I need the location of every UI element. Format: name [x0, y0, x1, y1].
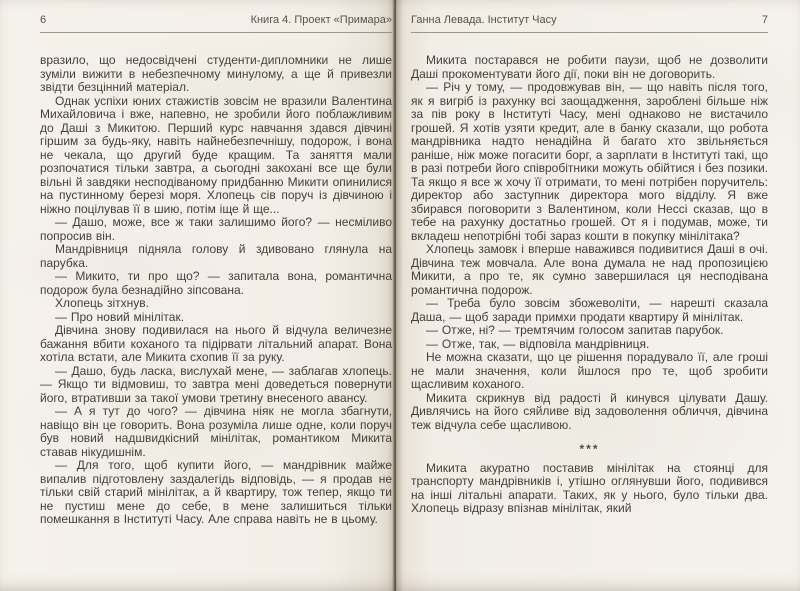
paragraph: — Отже, так, — відповіла мандрівниця. — [411, 338, 768, 352]
right-page-text: Микита постарався не робити паузи, щоб н… — [411, 54, 768, 516]
paragraph: — Для того, щоб купити його, — мандрівни… — [40, 459, 392, 527]
paragraph: Однак успіхи юних стажистів зовсім не вр… — [40, 95, 392, 217]
paragraph: Не можна сказати, що це рішення порадува… — [411, 351, 768, 392]
left-page-header: 6 Книга 4. Проект «Примара» — [40, 14, 392, 33]
right-page-header: Ганна Левада. Інститут Часу 7 — [411, 14, 768, 33]
left-running-title: Книга 4. Проект «Примара» — [251, 14, 392, 26]
paragraph: — Дашо, може, все ж таки залишимо його? … — [40, 216, 392, 243]
right-running-title: Ганна Левада. Інститут Часу — [411, 14, 557, 26]
paragraph: Хлопець замовк і вперше наважився подиви… — [411, 243, 768, 297]
left-page: 6 Книга 4. Проект «Примара» вразило, що … — [0, 0, 395, 591]
paragraph: — Треба було зовсім збожеволіти, — нареш… — [411, 297, 768, 324]
paragraph: Микита постарався не робити паузи, щоб н… — [411, 54, 768, 81]
right-page-number: 7 — [762, 14, 768, 26]
paragraph: вразило, що недосвідчені студенти-диплом… — [40, 54, 392, 95]
paragraph: Микита акуратно поставив мінілітак на ст… — [411, 462, 768, 516]
section-separator: *** — [411, 443, 768, 457]
paragraph: Микита скрикнув від радості й кинувся ці… — [411, 392, 768, 433]
paragraph: — Річ у тому, — продовжував він, — що на… — [411, 81, 768, 243]
paragraph: Дівчина знову подивилася на нього й відч… — [40, 324, 392, 365]
book-spread: 6 Книга 4. Проект «Примара» вразило, що … — [0, 0, 800, 591]
paragraph: — Про новий мінілітак. — [40, 311, 392, 325]
paragraph: Хлопець зітхнув. — [40, 297, 392, 311]
paragraph: — Микито, ти про що? — запитала вона, ро… — [40, 270, 392, 297]
left-page-text: вразило, що недосвідчені студенти-диплом… — [40, 54, 392, 527]
right-page: Ганна Левада. Інститут Часу 7 Микита пос… — [395, 0, 800, 591]
paragraph: — Отже, ні? — тремтячим голосом запитав … — [411, 324, 768, 338]
paragraph: Мандрівниця підняла голову й здивовано г… — [40, 243, 392, 270]
paragraph: — Дашо, будь ласка, вислухай мене, — заб… — [40, 365, 392, 406]
left-page-number: 6 — [40, 14, 46, 26]
paragraph: — А я тут до чого? — дівчина ніяк не мог… — [40, 405, 392, 459]
